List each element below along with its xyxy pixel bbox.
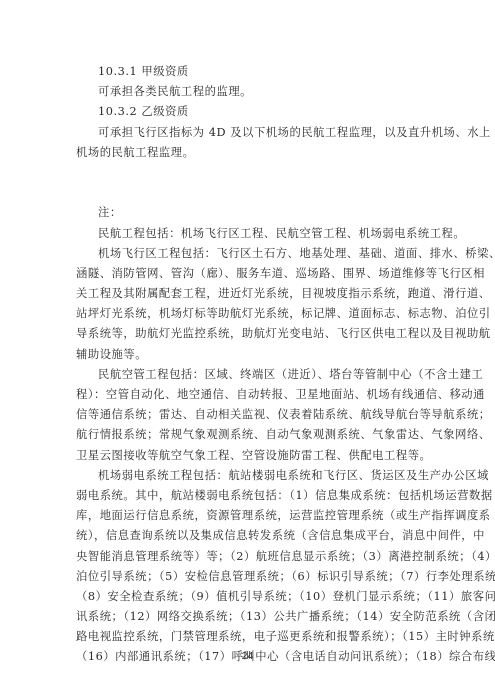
note-paragraph-line: 弱电系统。其中，航站楼弱电系统包括：（1）信息集成系统：包括机场运营数据 [76,486,422,506]
section-body-line: 可承担各类民航工程的监理。 [76,82,422,102]
note-paragraph-line: 卫星云图接收等航空气象工程、空管设施防雷工程、供配电工程等。 [76,446,422,466]
note-paragraph-line: 站坪灯光系统，机场灯标等助航灯光系统，标记牌、道面标志、标志物、泊位引 [76,304,422,324]
section-body-line: 机场的民航工程监理。 [76,143,422,163]
note-paragraph-line: 辅助设施等。 [76,345,422,365]
note-paragraph-line: 机场弱电系统工程包括：航站楼弱电系统和飞行区、货运区及生产办公区域 [76,466,422,486]
section-heading: 10.3.2 乙级资质 [76,102,422,122]
note-paragraph-line: 央智能消息管理系统等）等；（2）航班信息显示系统；（3）离港控制系统；（4） [76,547,422,567]
note-paragraph-line: 航行情报系统；常规气象观测系统、自动气象观测系统、气象雷达、气象网络、 [76,425,422,445]
section-heading: 10.3.1 甲级资质 [76,62,422,82]
note-paragraph-line: 统），信息查询系统以及集成信息转发系统（含信息集成平台，消息中间件，中 [76,526,422,546]
note-paragraph-line: 关工程及其附属配套工程，进近灯光系统，目视坡度指示系统，跑道、滑行道、 [76,284,422,304]
note-paragraph-line: 民航空管工程包括：区域、终端区（进近）、塔台等管制中心（不含土建工 [76,365,422,385]
note-paragraph-line: 路电视监控系统，门禁管理系统，电子巡更系统和报警系统）；（15）主时钟系统； [76,627,422,647]
note-paragraph-line: 机场飞行区工程包括：飞行区土石方、地基处理、基础、道面、排水、桥梁、 [76,244,422,264]
note-paragraph-line: 民航工程包括：机场飞行区工程、民航空管工程、机场弱电系统工程。 [76,224,422,244]
note-paragraph-line: 导系统等，助航灯光监控系统，助航灯光变电站、飞行区供电工程以及目视助航 [76,324,422,344]
page-number: 24 [0,650,495,662]
note-paragraph-line: 涵隧、消防管网、管沟（廊）、服务车道、巡场路、围界、场道维修等飞行区相 [76,264,422,284]
note-paragraph-line: 程）：空管自动化、地空通信、自动转报、卫星地面站、机场有线通信、移动通 [76,385,422,405]
note-paragraph-line: 库，地面运行信息系统，资源管理系统，运营监控管理系统（或生产指挥调度系 [76,506,422,526]
note-paragraph-line: （8）安全检查系统；（9）值机引导系统；（10）登机门显示系统；（11）旅客问 [76,587,422,607]
note-paragraph-line: 泊位引导系统；（5）安检信息管理系统；（6）标识引导系统；（7）行李处理系统 [76,567,422,587]
document-page: 10.3.1 甲级资质 可承担各类民航工程的监理。 10.3.2 乙级资质 可承… [76,62,422,668]
note-paragraph-line: 信等通信系统；雷达、自动相关监视、仪表着陆系统、航线导航台等导航系统； [76,405,422,425]
section-body-line: 可承担飞行区指标为 4D 及以下机场的民航工程监理，以及直升机场、水上 [76,123,422,143]
note-paragraph-line: 讯系统；（12）网络交换系统；（13）公共广播系统；（14）安全防范系统（含闭 [76,607,422,627]
note-label: 注： [76,203,422,223]
spacer [76,163,422,203]
